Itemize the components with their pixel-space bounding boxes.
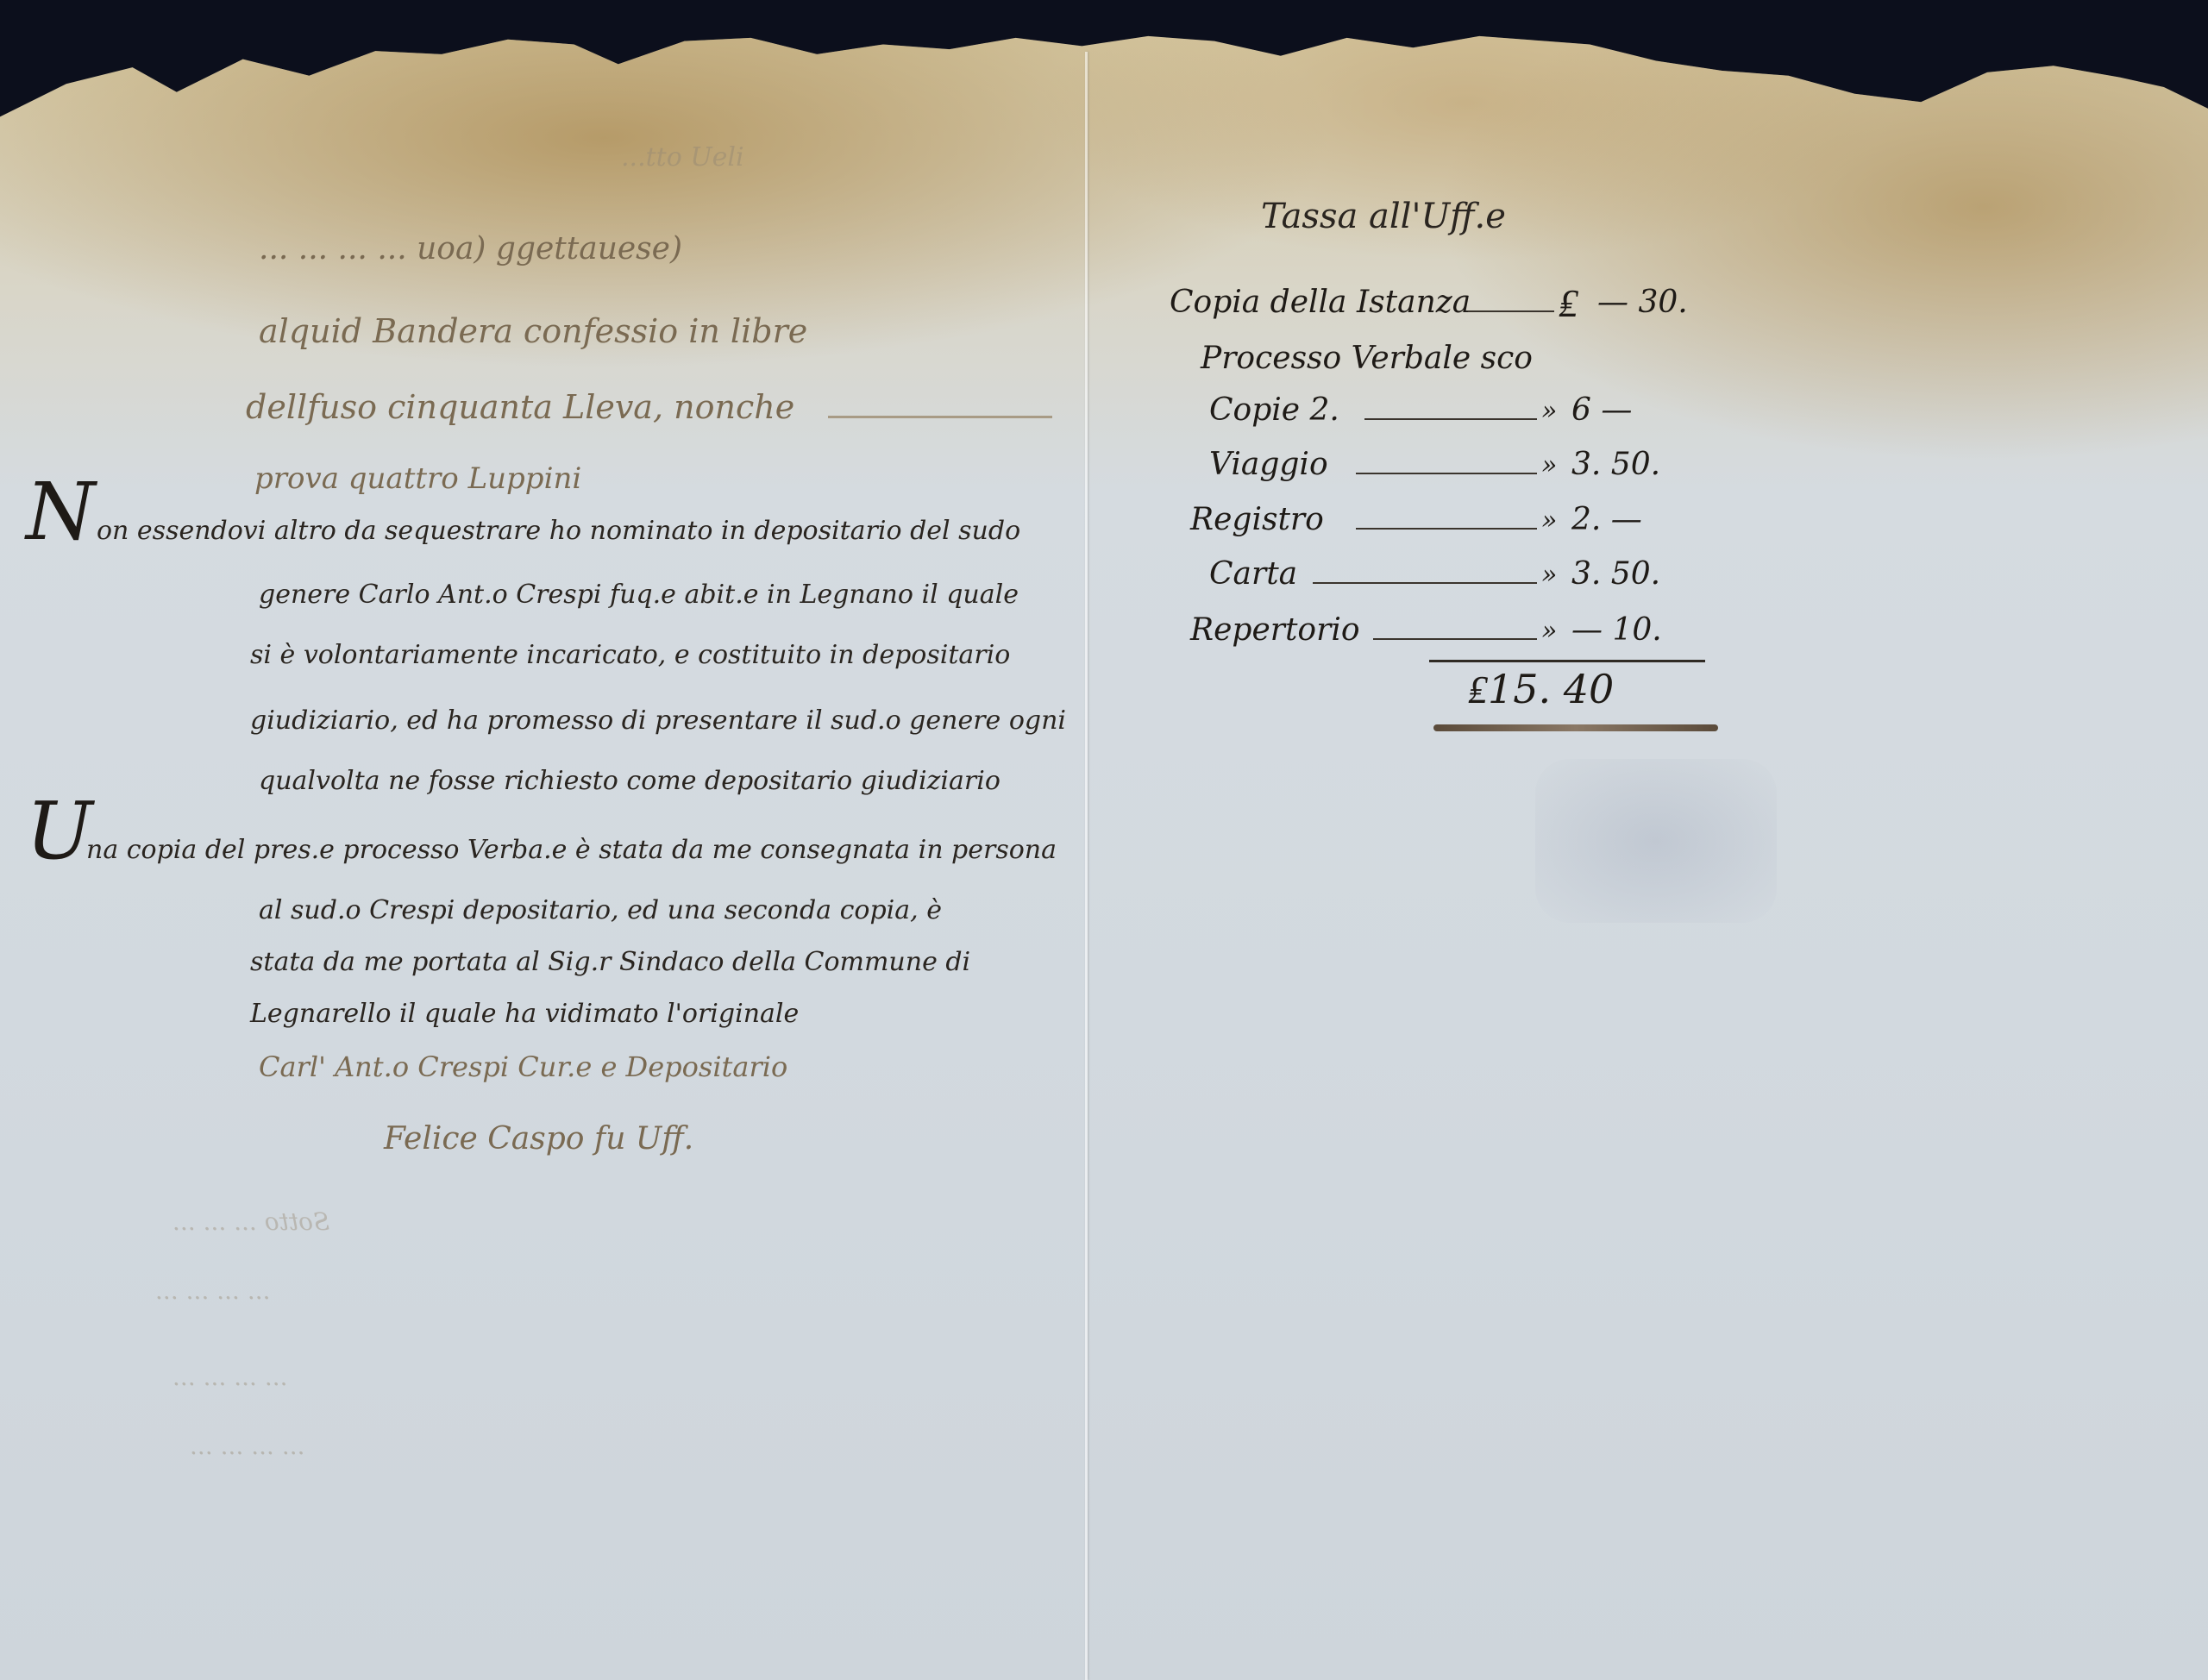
fee-dash	[1468, 310, 1554, 312]
fee-dash	[1356, 528, 1537, 530]
fee-label: Copie 2.	[1209, 392, 1339, 428]
ditto-mark: »	[1541, 560, 1557, 590]
damaged-line-2: ... ... ... ... uoa) ggettauese)	[259, 231, 682, 266]
fee-dash	[1356, 473, 1537, 474]
p2-line-1: na copia del pres.e processo Verba.e è s…	[86, 835, 1057, 865]
fee-label: Copia della Istanza	[1170, 285, 1471, 320]
paragraph-1-initial: N	[26, 466, 96, 558]
fee-label: Processo Verbale sco	[1201, 341, 1533, 376]
faded-line-1: alquid Bandera confessio in libre	[259, 312, 807, 350]
p1-line-5: qualvolta ne fosse richiesto come deposi…	[259, 766, 1000, 796]
p2-line-2: al sud.o Crespi depositario, ed una seco…	[259, 895, 942, 925]
fee-amount: — 10.	[1571, 612, 1662, 648]
fee-total: ₤15. 40	[1468, 666, 1614, 712]
p1-line-1: on essendovi altro da sequestrare ho nom…	[97, 516, 1020, 546]
fee-row-registro: Registro » 2. —	[1088, 502, 2208, 554]
fee-row-carta: Carta » 3. 50.	[1088, 556, 2208, 608]
total-flourish	[1433, 724, 1718, 731]
fee-amount: — 30.	[1597, 285, 1688, 320]
fee-amount: 3. 50.	[1571, 447, 1660, 482]
fee-amount: 3. 50.	[1571, 556, 1660, 592]
lira-symbol: ₤	[1559, 279, 1578, 326]
signature: Felice Caspo fu Uff.	[384, 1121, 693, 1157]
faded-line-2: dellfuso cinquanta Lleva, nonche	[246, 388, 794, 426]
fee-row-copie: Copie 2. » 6 —	[1088, 392, 2208, 444]
p2-line-4: Legnarello il quale ha vidimato l'origin…	[250, 999, 799, 1029]
fee-label: Repertorio	[1190, 612, 1360, 648]
p1-line-4: giudiziario, ed ha promesso di presentar…	[250, 705, 1066, 736]
ditto-mark: »	[1541, 616, 1557, 646]
signature-line: Carl' Ant.o Crespi Cur.e e Depositario	[259, 1050, 787, 1083]
fee-row-viaggio: Viaggio » 3. 50.	[1088, 447, 2208, 498]
sum-line	[1429, 660, 1705, 662]
fee-row-processo: Processo Verbale sco	[1088, 341, 2208, 392]
right-page: Tassa all'Uff.e Copia della Istanza ₤ — …	[1088, 0, 2208, 1680]
fee-amount: 6 —	[1571, 392, 1632, 428]
fee-label: Carta	[1209, 556, 1297, 592]
bleed-through-3: ... ... ... ...	[172, 1363, 288, 1391]
fee-title: Tassa all'Uff.e	[1261, 197, 1506, 236]
left-page: ...tto Ueli ... ... ... ... uoa) ggettau…	[0, 0, 1087, 1680]
p1-line-2: genere Carlo Ant.o Crespi fuq.e abit.e i…	[259, 580, 1019, 610]
ditto-mark: »	[1541, 450, 1557, 480]
underline-nonche	[828, 416, 1052, 418]
fee-label: Registro	[1190, 502, 1324, 537]
bleed-through-4: ... ... ... ...	[190, 1432, 305, 1460]
damaged-line-1: ...tto Ueli	[621, 142, 744, 172]
fee-row-copia-istanza: Copia della Istanza ₤ — 30.	[1088, 285, 2208, 336]
faded-line-3: prova quattro Luppini	[254, 461, 581, 496]
p1-line-3: si è volontariamente incaricato, e costi…	[250, 640, 1010, 670]
p2-line-3: stata da me portata al Sig.r Sindaco del…	[250, 947, 970, 977]
ditto-mark: »	[1541, 505, 1557, 536]
ditto-mark: »	[1541, 396, 1557, 426]
fee-dash	[1364, 418, 1537, 420]
bleed-through-1: Sotto ... ... ...	[172, 1207, 329, 1236]
fee-row-repertorio: Repertorio » — 10.	[1088, 612, 2208, 664]
fee-dash	[1313, 582, 1537, 584]
paragraph-2-initial: U	[26, 785, 93, 877]
bleed-through-2: ... ... ... ...	[155, 1276, 271, 1305]
fee-label: Viaggio	[1209, 447, 1328, 482]
fee-dash	[1373, 638, 1537, 640]
fee-amount: 2. —	[1571, 502, 1642, 537]
